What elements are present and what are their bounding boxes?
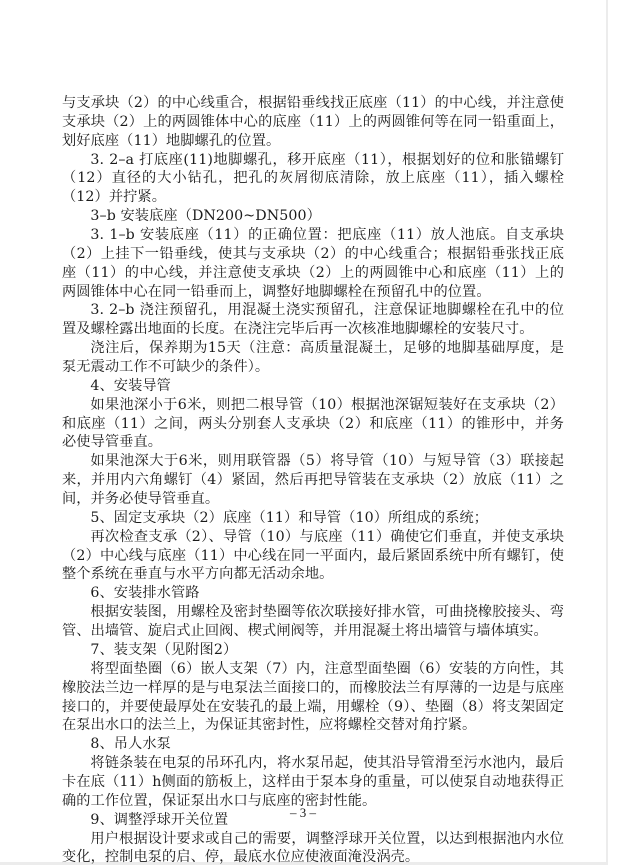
paragraph-lift-pump: 将链条装在电泵的吊环孔内，将水泵吊起，使其沿导管滑至污水池内，最后卡在底（11）… [62,754,564,811]
paragraph-bracket: 将型面垫圈（6）嵌人支架（7）内，注意型面垫圈（6）安装的方向性，其橡胶法兰边一… [62,660,564,735]
section-heading-3b: 3–b 安装底座（DN200~DN500） [62,207,564,226]
section-heading-7: 7、装支架（见附图2） [62,641,564,660]
document-page: 与支承块（2）的中心线重合，根据铅垂线找正底座（11）的中心线，并注意使支承块（… [0,0,608,865]
paragraph-step-3-1b: 3. 1–b 安装底座（11）的正确位置：把底座（11）放人池底。自支承块（2）… [62,226,564,301]
paragraph-step-3-2b: 3. 2–b 浇注预留孔，用混凝土浇实预留孔，注意保证地脚螺栓在孔中的位置及螺栓… [62,301,564,339]
page-number: – 3 – [0,805,606,821]
section-heading-8: 8、吊人水泵 [62,735,564,754]
paragraph-fix-system: 再次检查支承（2）、导管（10）与底座（11）确使它们垂直，并使支承块（2）中心… [62,528,564,585]
paragraph-curing-note: 浇注后，保养期为15天（注意：高质量混凝土，足够的地脚基础厚度，是泵无震动工作不… [62,339,564,377]
section-heading-4: 4、安装导管 [62,377,564,396]
paragraph-drain-pipe: 根据安装图，用螺栓及密封垫圈等依次联接好排水管，可曲挠橡胶接头、弯管、出墙管、旋… [62,603,564,641]
section-heading-5: 5、固定支承块（2）底座（11）和导管（10）所组成的系统； [62,509,564,528]
paragraph-float-switch: 用户根据设计要求或自己的需要，调整浮球开关位置，以达到根据池内水位变化，控制电泵… [62,830,564,865]
document-body: 与支承块（2）的中心线重合，根据铅垂线找正底座（11）的中心线，并注意使支承块（… [62,94,564,865]
paragraph-guide-pipe-short: 如果池深小于6米，则把二根导管（10）根据池深锯短装好在支承块（2）和底座（11… [62,396,564,453]
paragraph-guide-pipe-long: 如果池深大于6米，则用联管器（5）将导管（10）与短导管（3）联接起来，并用内六… [62,452,564,509]
section-heading-6: 6、安装排水管路 [62,584,564,603]
paragraph-continuation: 与支承块（2）的中心线重合，根据铅垂线找正底座（11）的中心线，并注意使支承块（… [62,94,564,151]
paragraph-step-3-2a: 3. 2–a 打底座(11)地脚螺孔，移开底座（11），根据划好的位和胀锚螺钉（… [62,151,564,208]
